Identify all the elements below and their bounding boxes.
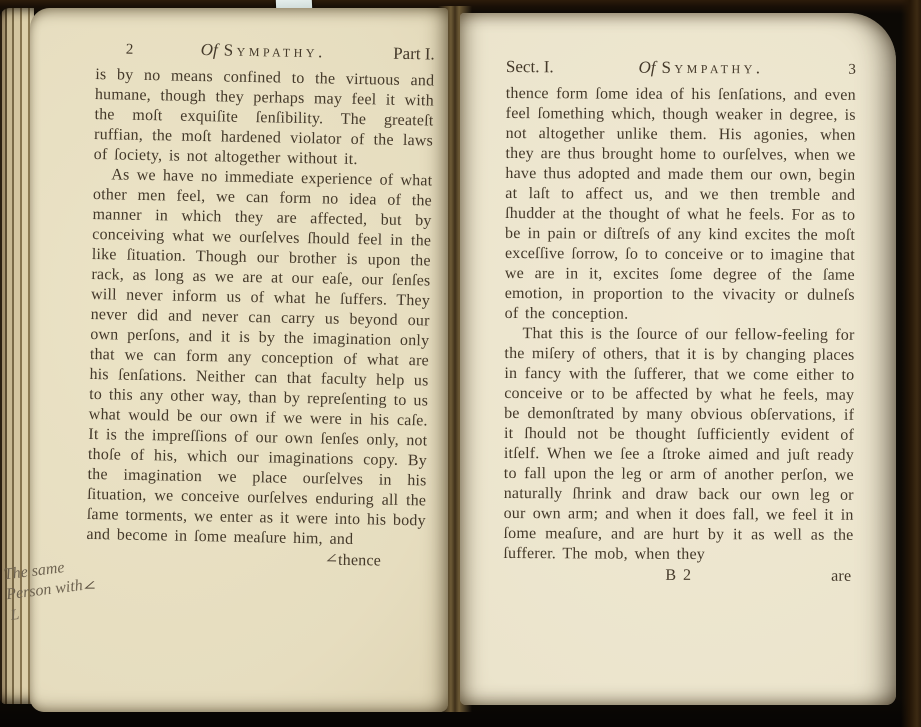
right-page-text: thence form ſome idea of his ſenſations,… bbox=[503, 84, 856, 587]
catchword: thence bbox=[338, 552, 381, 570]
paragraph: As we have no immediate experience of wh… bbox=[86, 165, 432, 551]
pen-mark: ∠ bbox=[324, 548, 339, 568]
paragraph: is by no means confined to the virtuous … bbox=[94, 65, 435, 171]
left-running-head: 2 OfSympathy. Part I. bbox=[96, 38, 435, 66]
book-cover-edge bbox=[901, 0, 921, 727]
catchword: are bbox=[831, 567, 851, 587]
paragraph: thence form ſome idea of his ſenſations,… bbox=[505, 84, 856, 326]
left-header-title: OfSympathy. bbox=[201, 40, 326, 62]
open-book-photograph: 2 OfSympathy. Part I. is by no means con… bbox=[0, 0, 921, 727]
right-page: Sect. I. OfSympathy. 3 thence form ſome … bbox=[460, 13, 896, 705]
section-label: Sect. I. bbox=[506, 57, 554, 77]
right-running-head: Sect. I. OfSympathy. 3 bbox=[506, 57, 856, 80]
gathering-signature: B 2 bbox=[503, 565, 853, 587]
paragraph: That this is the ſource of our fellow-fe… bbox=[503, 324, 854, 566]
left-page-text: is by no means confined to the virtuous … bbox=[86, 65, 435, 572]
left-page-number: 2 bbox=[126, 40, 134, 60]
part-label: Part I. bbox=[393, 44, 435, 65]
right-page-number: 3 bbox=[848, 60, 856, 80]
right-header-title: OfSympathy. bbox=[638, 58, 763, 79]
signature-row: B 2 are bbox=[503, 565, 853, 587]
